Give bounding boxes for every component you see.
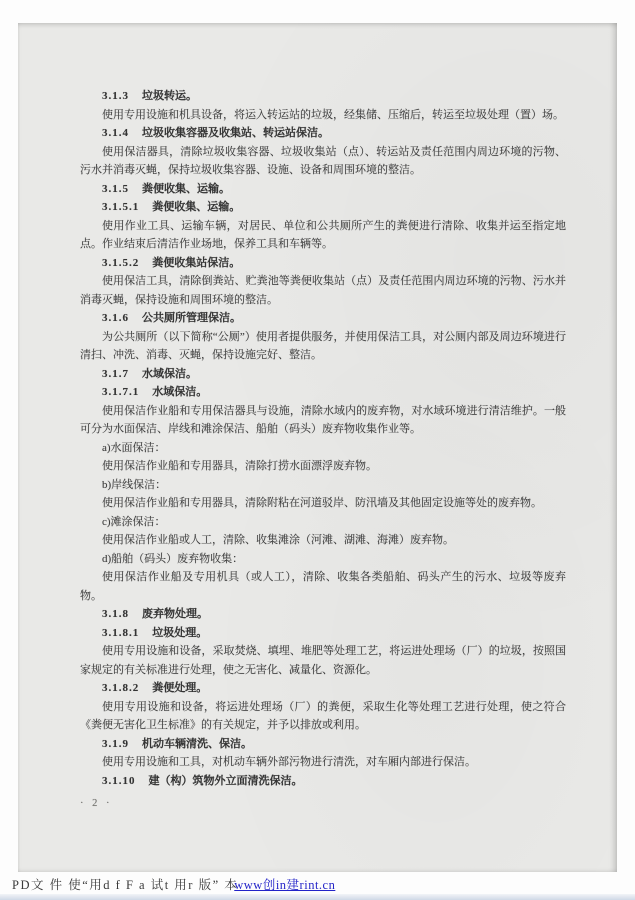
clause-heading: 3.1.6公共厕所管理保洁。	[80, 309, 566, 328]
clause-paragraph: 使用专用设施和机具设备，将运入转运站的垃圾，经集储、压缩后，转运至垃圾处理（置）…	[80, 106, 566, 125]
document-body: 3.1.3垃圾转运。使用专用设施和机具设备，将运入转运站的垃圾，经集储、压缩后，…	[80, 87, 566, 814]
clause-title: 建（构）筑物外立面清洗保洁。	[149, 775, 303, 787]
clause-number: 3.1.9	[102, 738, 129, 750]
watermark-text: PD文 件 使“用d f F a 试t 用r 版” 本	[12, 878, 238, 892]
clause-heading: 3.1.9机动车辆清洗、保洁。	[80, 735, 566, 754]
clause-heading: 3.1.5粪便收集、运输。	[80, 180, 566, 199]
page-number: · 2 ·	[80, 795, 566, 814]
clause-title: 垃圾收集容器及收集站、转运站保洁。	[142, 127, 329, 139]
sub-item-label: d)船舶（码头）废弃物收集：	[80, 550, 566, 569]
watermark-link[interactable]: www创in建rint.cn	[234, 878, 335, 892]
scanned-page: 3.1.3垃圾转运。使用专用设施和机具设备，将运入转运站的垃圾，经集储、压缩后，…	[18, 23, 617, 872]
clause-heading: 3.1.8.1垃圾处理。	[80, 624, 566, 643]
clause-title: 机动车辆清洗、保洁。	[142, 738, 252, 750]
clause-number: 3.1.4	[102, 127, 129, 139]
screenshot-canvas: 3.1.3垃圾转运。使用专用设施和机具设备，将运入转运站的垃圾，经集储、压缩后，…	[0, 0, 635, 900]
clause-title: 粪便收集站保洁。	[152, 257, 240, 269]
clause-paragraph: 使用保洁作业船和专用保洁器具与设施，清除水域内的废弃物，对水域环境进行清洁维护。…	[80, 402, 566, 439]
clause-paragraph: 为公共厕所（以下简称“公厕”）使用者提供服务，并使用保洁工具，对公厕内部及周边环…	[80, 328, 566, 365]
clause-title: 废弃物处理。	[142, 608, 208, 620]
clause-heading: 3.1.8.2粪便处理。	[80, 679, 566, 698]
clause-paragraph: 使用保洁作业船和专用器具，清除附粘在河道驳岸、防汛墙及其他固定设施等处的废弃物。	[80, 494, 566, 513]
clause-number: 3.1.3	[102, 90, 129, 102]
clause-number: 3.1.5	[102, 183, 129, 195]
clause-paragraph: 使用保洁作业船和专用器具，清除打捞水面漂浮废弃物。	[80, 457, 566, 476]
sub-item-label: a)水面保洁：	[80, 439, 566, 458]
clause-paragraph: 使用保洁器具，清除垃圾收集容器、垃圾收集站（点）、转运站及责任范围内周边环境的污…	[80, 143, 566, 180]
watermark-footer: PD文 件 使“用d f F a 试t 用r 版” 本www创in建rint.c…	[12, 875, 622, 893]
clause-title: 公共厕所管理保洁。	[142, 312, 241, 324]
clause-paragraph: 使用保洁作业船及专用机具（或人工），清除、收集各类船舶、码头产生的污水、垃圾等废…	[80, 568, 566, 605]
clause-title: 水域保洁。	[152, 386, 207, 398]
clause-title: 水域保洁。	[142, 368, 197, 380]
sub-item-label: b)岸线保洁：	[80, 476, 566, 495]
clause-paragraph: 使用作业工具、运输车辆，对居民、单位和公共厕所产生的粪便进行清除、收集并运至指定…	[80, 217, 566, 254]
clause-number: 3.1.10	[102, 775, 136, 787]
clause-number: 3.1.6	[102, 312, 129, 324]
clause-title: 粪便收集、运输。	[142, 183, 230, 195]
clause-heading: 3.1.8废弃物处理。	[80, 605, 566, 624]
clause-number: 3.1.7.1	[102, 386, 139, 398]
clause-paragraph: 使用专用设施和设备，采取焚烧、填埋、堆肥等处理工艺，将运进处理场（厂）的垃圾，按…	[80, 642, 566, 679]
clause-number: 3.1.8.1	[102, 627, 139, 639]
clause-title: 粪便处理。	[152, 682, 207, 694]
clause-number: 3.1.5.1	[102, 201, 139, 213]
clause-heading: 3.1.4垃圾收集容器及收集站、转运站保洁。	[80, 124, 566, 143]
clause-paragraph: 使用保洁工具，清除倒粪站、贮粪池等粪便收集站（点）及责任范围内周边环境的污物、污…	[80, 272, 566, 309]
clause-paragraph: 使用专用设施和工具，对机动车辆外部污物进行清洗，对车厢内部进行保洁。	[80, 753, 566, 772]
clause-title: 垃圾处理。	[152, 627, 207, 639]
clause-number: 3.1.8.2	[102, 682, 139, 694]
clause-heading: 3.1.7.1水域保洁。	[80, 383, 566, 402]
clause-heading: 3.1.5.1粪便收集、运输。	[80, 198, 566, 217]
clause-paragraph: 使用保洁作业船或人工，清除、收集滩涂（河滩、湖滩、海滩）废弃物。	[80, 531, 566, 550]
clause-title: 粪便收集、运输。	[152, 201, 240, 213]
bottom-edge-line	[0, 894, 635, 900]
clause-heading: 3.1.10建（构）筑物外立面清洗保洁。	[80, 772, 566, 791]
clause-paragraph: 使用专用设施和设备，将运进处理场（厂）的粪便，采取生化等处理工艺进行处理，使之符…	[80, 698, 566, 735]
clause-title: 垃圾转运。	[142, 90, 197, 102]
clause-number: 3.1.5.2	[102, 257, 139, 269]
clause-heading: 3.1.5.2粪便收集站保洁。	[80, 254, 566, 273]
sub-item-label: c)滩涂保洁：	[80, 513, 566, 532]
clause-number: 3.1.8	[102, 608, 129, 620]
clause-heading: 3.1.3垃圾转运。	[80, 87, 566, 106]
clause-heading: 3.1.7水域保洁。	[80, 365, 566, 384]
clause-number: 3.1.7	[102, 368, 129, 380]
